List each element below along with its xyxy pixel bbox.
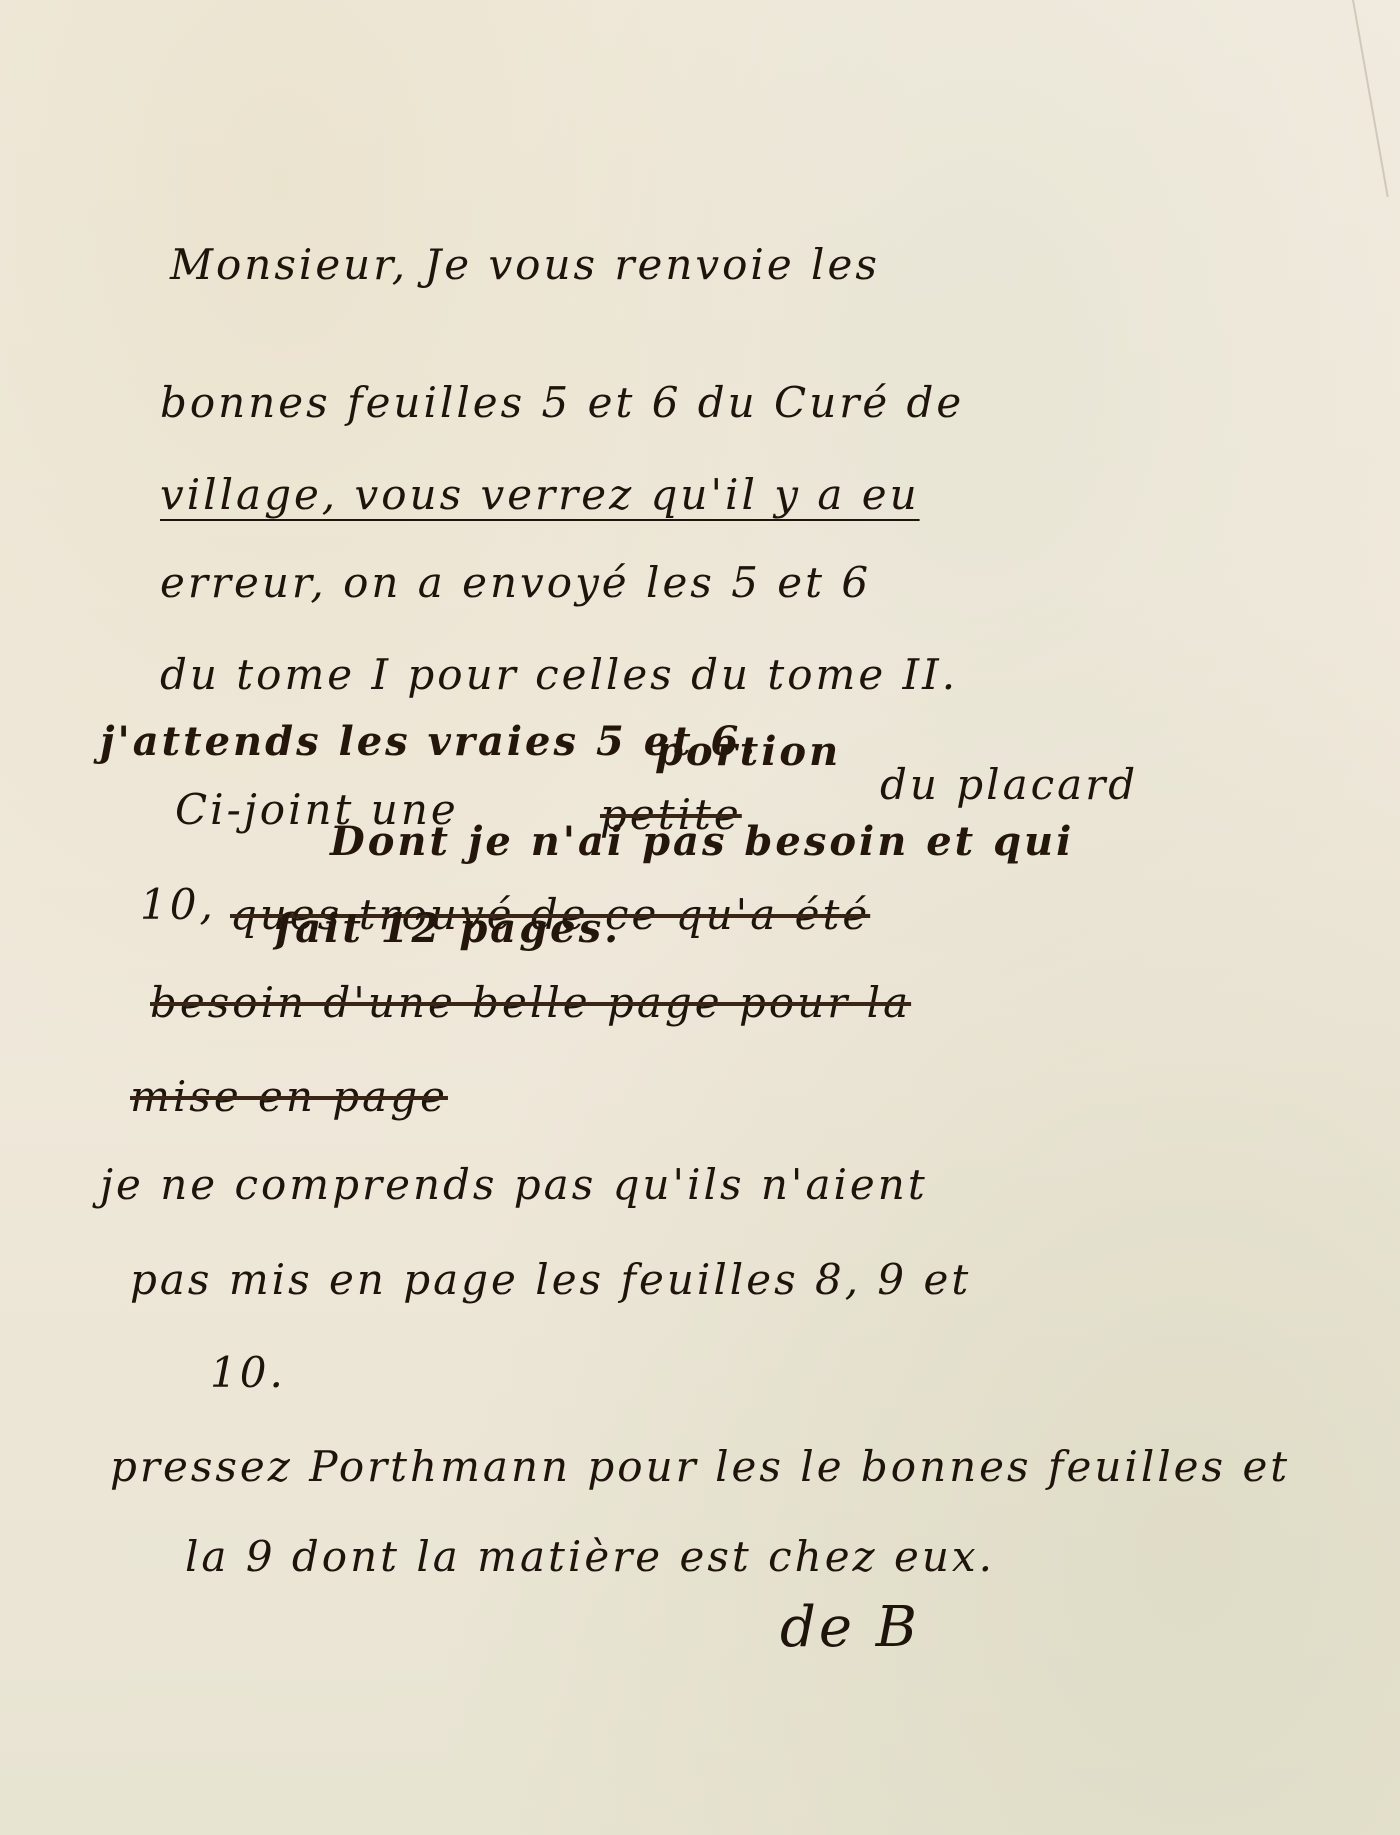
manuscript-page: Monsieur, Je vous renvoie les bonnes feu… [0,0,1400,1835]
signature: de B [780,1595,920,1660]
insertion-dont: Dont je n'ai pas besoin et qui [330,818,1074,865]
letter-line-10-end: 10. [210,1348,286,1397]
letter-line-10: 10, [140,880,216,929]
insertion-portion: portion [655,728,841,775]
letter-line-1: Monsieur, Je vous renvoie les [170,240,880,289]
letter-line-3: village, vous verrez qu'il y a eu [160,470,920,519]
letter-line-4: erreur, on a envoyé les 5 et 6 [160,558,871,607]
letter-line-pressez: pressez Porthmann pour les le bonnes feu… [110,1442,1290,1491]
letter-line-2: bonnes feuilles 5 et 6 du Curé de [160,378,964,427]
struck-line-2: besoin d'une belle page pour la [150,978,911,1027]
letter-line-3-text: village, vous verrez qu'il y a eu [160,470,920,519]
letter-line-2-text: bonnes feuilles 5 et 6 du Curé de [160,378,964,427]
letter-line-comprends: je ne comprends pas qu'ils n'aient [100,1160,928,1209]
struck-line-3: mise en page [130,1072,448,1121]
letter-line-pas-mis: pas mis en page les feuilles 8, 9 et [130,1255,971,1304]
paper-fold-crease [1352,0,1389,197]
letter-line-du-placard: du placard [880,760,1138,809]
letter-line-matiere: la 9 dont la matière est chez eux. [185,1532,995,1581]
letter-line-5: du tome I pour celles du tome II. [160,650,958,699]
insertion-fait-12-pages: fait 12 pages. [275,905,621,952]
